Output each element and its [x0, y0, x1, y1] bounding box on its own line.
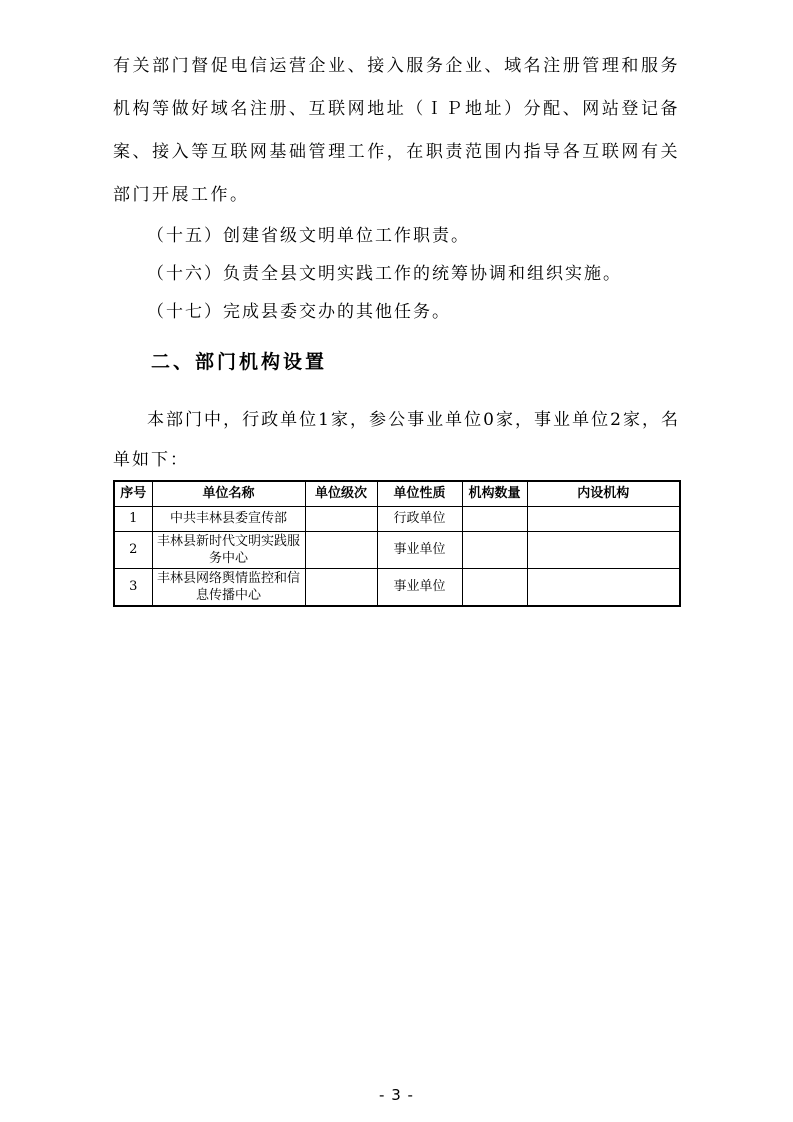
duty-item-17: （十七）完成县委交办的其他任务。: [113, 293, 680, 331]
cell-internal-orgs: [527, 531, 680, 568]
section-heading-org-structure: 二、部门机构设置: [113, 347, 680, 377]
cell-internal-orgs: [527, 568, 680, 606]
table-row: 1 中共丰林县委宣传部 行政单位: [114, 506, 680, 531]
cell-index: 3: [114, 568, 152, 606]
page-number: - 3 -: [0, 1086, 793, 1104]
document-content: 有关部门督促电信运营企业、接入服务企业、域名注册管理和服务机构等做好域名注册、互…: [113, 45, 680, 607]
paragraph-internet-management: 有关部门督促电信运营企业、接入服务企业、域名注册管理和服务机构等做好域名注册、互…: [113, 45, 680, 217]
org-units-table: 序号 单位名称 单位级次 单位性质 机构数量 内设机构 1 中共丰林县委宣传部 …: [113, 480, 681, 607]
cell-internal-orgs: [527, 506, 680, 531]
cell-org-count: [462, 531, 527, 568]
table-row: 3 丰林县网络舆情监控和信息传播中心 事业单位: [114, 568, 680, 606]
cell-org-count: [462, 506, 527, 531]
cell-unit-type: 事业单位: [377, 568, 462, 606]
col-header-unit-type: 单位性质: [377, 481, 462, 506]
col-header-index: 序号: [114, 481, 152, 506]
cell-unit-name: 丰林县网络舆情监控和信息传播中心: [152, 568, 305, 606]
col-header-unit-level: 单位级次: [305, 481, 377, 506]
cell-unit-level: [305, 506, 377, 531]
duty-item-16: （十六）负责全县文明实践工作的统筹协调和组织实施。: [113, 255, 680, 293]
cell-unit-name: 中共丰林县委宣传部: [152, 506, 305, 531]
cell-unit-type: 事业单位: [377, 531, 462, 568]
col-header-org-count: 机构数量: [462, 481, 527, 506]
table-row: 2 丰林县新时代文明实践服务中心 事业单位: [114, 531, 680, 568]
org-summary-paragraph: 本部门中，行政单位1家，参公事业单位0家，事业单位2家，名单如下：: [113, 400, 680, 480]
cell-index: 2: [114, 531, 152, 568]
cell-unit-level: [305, 531, 377, 568]
cell-unit-type: 行政单位: [377, 506, 462, 531]
cell-unit-level: [305, 568, 377, 606]
cell-org-count: [462, 568, 527, 606]
cell-index: 1: [114, 506, 152, 531]
table-header-row: 序号 单位名称 单位级次 单位性质 机构数量 内设机构: [114, 481, 680, 506]
col-header-unit-name: 单位名称: [152, 481, 305, 506]
col-header-internal-orgs: 内设机构: [527, 481, 680, 506]
cell-unit-name: 丰林县新时代文明实践服务中心: [152, 531, 305, 568]
duty-item-15: （十五）创建省级文明单位工作职责。: [113, 217, 680, 255]
document-page: 有关部门督促电信运营企业、接入服务企业、域名注册管理和服务机构等做好域名注册、互…: [0, 0, 793, 1122]
